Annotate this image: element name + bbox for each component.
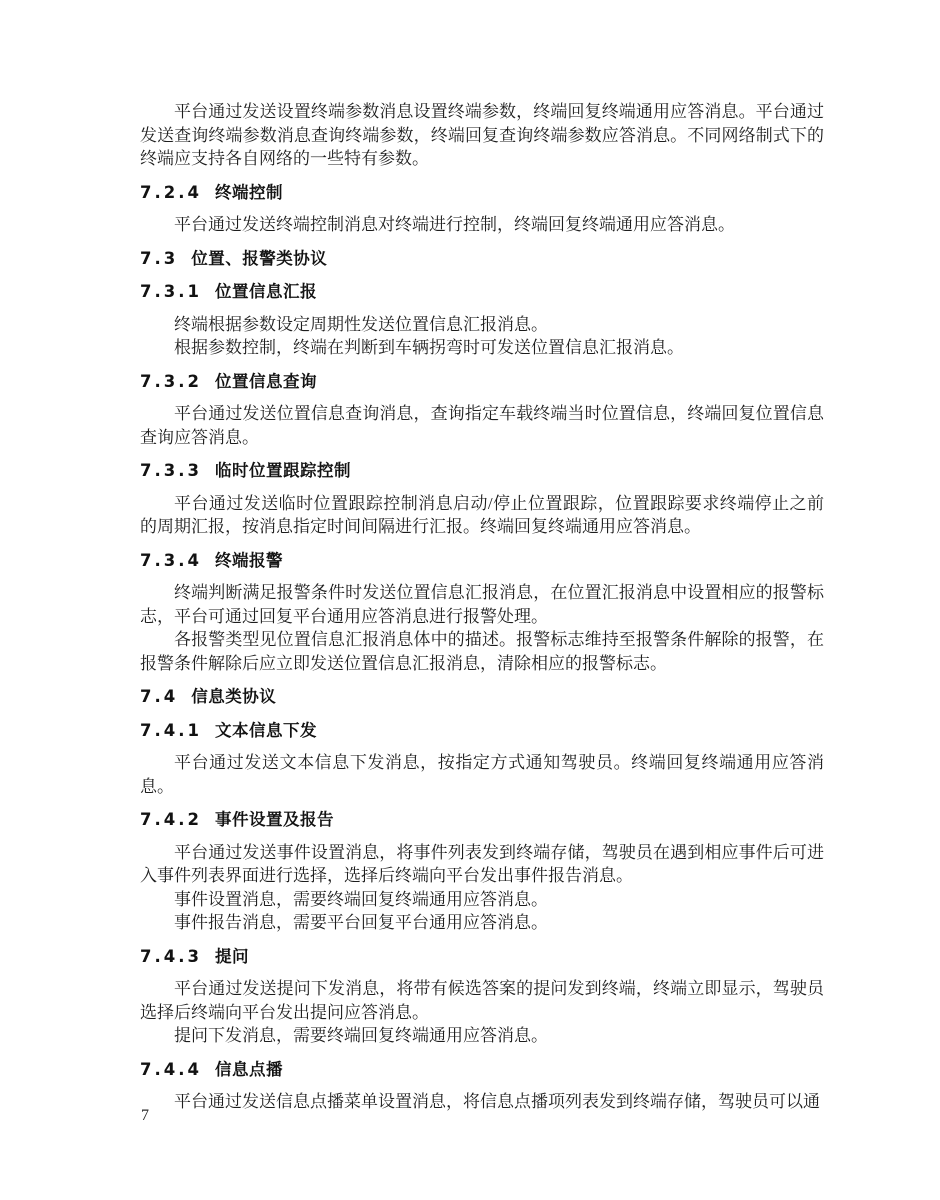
heading-title: 终端报警 (215, 551, 283, 570)
heading-title: 文本信息下发 (215, 721, 317, 740)
heading-title: 位置、报警类协议 (191, 249, 327, 268)
section-heading-7-2-4: 7.2.4终端控制 (140, 181, 824, 205)
paragraph: 平台通过发送信息点播菜单设置消息，将信息点播项列表发到终端存储，驾驶员可以通 (140, 1090, 824, 1114)
document-page: 平台通过发送设置终端参数消息设置终端参数，终端回复终端通用应答消息。平台通过发送… (0, 0, 940, 1200)
paragraph: 平台通过发送位置信息查询消息，查询指定车载终端当时位置信息，终端回复位置信息查询… (140, 402, 824, 449)
heading-number: 7.4.1 (140, 721, 202, 740)
heading-number: 7.3.3 (140, 461, 202, 480)
heading-number: 7.2.4 (140, 183, 202, 202)
heading-number: 7.3.1 (140, 282, 202, 301)
paragraph: 事件报告消息，需要平台回复平台通用应答消息。 (140, 911, 824, 935)
page-number: 7 (141, 1106, 149, 1126)
heading-number: 7.3.4 (140, 551, 202, 570)
heading-title: 事件设置及报告 (215, 810, 334, 829)
document-content: 平台通过发送设置终端参数消息设置终端参数，终端回复终端通用应答消息。平台通过发送… (140, 100, 824, 1114)
heading-number: 7.3 (140, 249, 178, 268)
heading-title: 临时位置跟踪控制 (215, 461, 351, 480)
section-heading-7-3-1: 7.3.1位置信息汇报 (140, 280, 824, 304)
paragraph: 平台通过发送临时位置跟踪控制消息启动/停止位置跟踪，位置跟踪要求终端停止之前的周… (140, 492, 824, 539)
paragraph: 平台通过发送事件设置消息，将事件列表发到终端存储，驾驶员在遇到相应事件后可进入事… (140, 841, 824, 888)
heading-number: 7.4.3 (140, 947, 202, 966)
section-heading-7-3-3: 7.3.3临时位置跟踪控制 (140, 459, 824, 483)
section-heading-7-3-2: 7.3.2位置信息查询 (140, 370, 824, 394)
section-heading-7-4-4: 7.4.4信息点播 (140, 1058, 824, 1082)
heading-number: 7.3.2 (140, 372, 202, 391)
section-heading-7-3: 7.3位置、报警类协议 (140, 247, 824, 271)
heading-number: 7.4.2 (140, 810, 202, 829)
heading-number: 7.4.4 (140, 1060, 202, 1079)
heading-title: 提问 (215, 947, 249, 966)
paragraph: 提问下发消息，需要终端回复终端通用应答消息。 (140, 1024, 824, 1048)
paragraph: 终端判断满足报警条件时发送位置信息汇报消息，在位置汇报消息中设置相应的报警标志，… (140, 581, 824, 628)
heading-number: 7.4 (140, 687, 178, 706)
heading-title: 信息点播 (215, 1060, 283, 1079)
section-heading-7-3-4: 7.3.4终端报警 (140, 549, 824, 573)
heading-title: 位置信息查询 (215, 372, 317, 391)
heading-title: 终端控制 (215, 183, 283, 202)
paragraph: 事件设置消息，需要终端回复终端通用应答消息。 (140, 888, 824, 912)
paragraph: 平台通过发送提问下发消息，将带有候选答案的提问发到终端，终端立即显示，驾驶员选择… (140, 977, 824, 1024)
section-heading-7-4-2: 7.4.2事件设置及报告 (140, 808, 824, 832)
paragraph: 根据参数控制，终端在判断到车辆拐弯时可发送位置信息汇报消息。 (140, 336, 824, 360)
section-heading-7-4-3: 7.4.3提问 (140, 945, 824, 969)
paragraph: 各报警类型见位置信息汇报消息体中的描述。报警标志维持至报警条件解除的报警，在报警… (140, 628, 824, 675)
section-heading-7-4-1: 7.4.1文本信息下发 (140, 719, 824, 743)
paragraph: 平台通过发送设置终端参数消息设置终端参数，终端回复终端通用应答消息。平台通过发送… (140, 100, 824, 171)
paragraph: 平台通过发送文本信息下发消息，按指定方式通知驾驶员。终端回复终端通用应答消息。 (140, 751, 824, 798)
paragraph: 终端根据参数设定周期性发送位置信息汇报消息。 (140, 313, 824, 337)
section-heading-7-4: 7.4信息类协议 (140, 685, 824, 709)
paragraph: 平台通过发送终端控制消息对终端进行控制，终端回复终端通用应答消息。 (140, 213, 824, 237)
heading-title: 信息类协议 (191, 687, 276, 706)
heading-title: 位置信息汇报 (215, 282, 317, 301)
